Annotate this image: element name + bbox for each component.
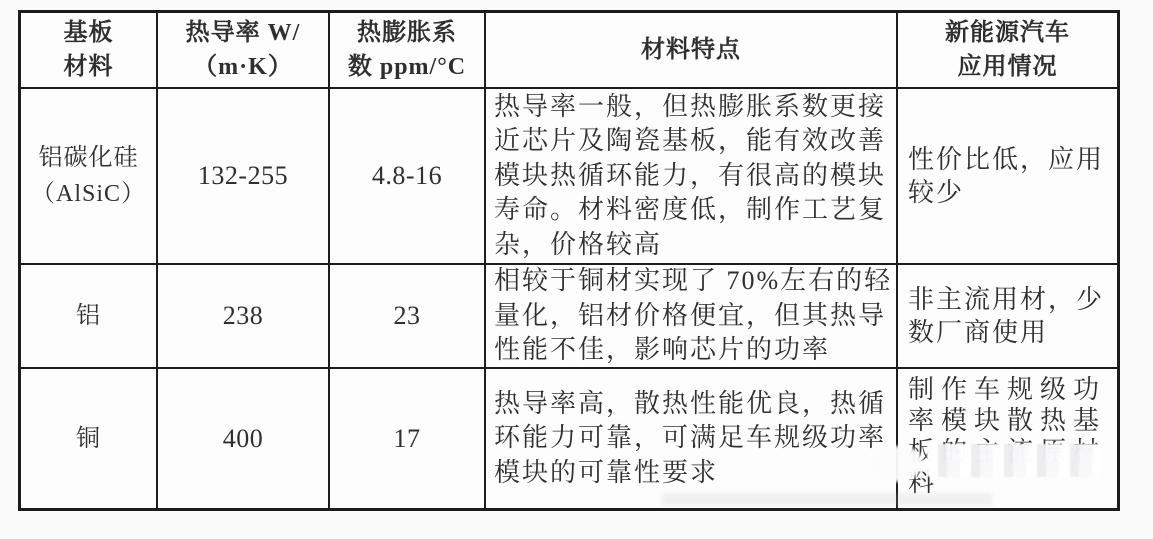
row-aluminum-material: 铝 [21,265,158,369]
materials-comparison-table: 基板 材料 热导率 W/ （m·K） 热膨胀系 数 ppm/°C 材料特点 新能… [18,10,1120,511]
row-copper-thermal-conductivity: 400 [158,369,330,508]
header-nev-application: 新能源汽车 应用情况 [898,13,1117,89]
row-copper-thermal-expansion: 17 [330,369,486,508]
row-aluminum-features: 相较于铜材实现了 70%左右的轻量化，铝材价格便宜，但其热导性能不佳，影响芯片的… [486,265,898,369]
header-material-features: 材料特点 [486,13,898,89]
row-alsic-features: 热导率一般，但热膨胀系数更接近芯片及陶瓷基板，能有效改善模块热循环能力，有很高的… [486,89,898,265]
faint-watermark-smudge [662,493,992,506]
row-alsic-thermal-conductivity: 132-255 [158,89,330,265]
redaction-blur-strip [927,444,1099,477]
row-copper-features: 热导率高，散热性能优良，热循环能力可靠，可满足车规级功率模块的可靠性要求 [486,369,898,508]
header-substrate-material: 基板 材料 [21,13,158,89]
header-thermal-conductivity: 热导率 W/ （m·K） [158,13,330,89]
row-alsic-material: 铝碳化硅 （AlSiC） [21,89,158,265]
row-alsic-thermal-expansion: 4.8-16 [330,89,486,265]
row-aluminum-thermal-expansion: 23 [330,265,486,369]
row-aluminum-thermal-conductivity: 238 [158,265,330,369]
row-alsic-application: 性价比低，应用较少 [898,89,1117,265]
header-thermal-expansion: 热膨胀系 数 ppm/°C [330,13,486,89]
row-copper-material: 铜 [21,369,158,508]
row-copper-application: 制作车规级功率模块散热基板的主流原材料 [898,369,1117,508]
row-aluminum-application: 非主流用材，少数厂商使用 [898,265,1117,369]
